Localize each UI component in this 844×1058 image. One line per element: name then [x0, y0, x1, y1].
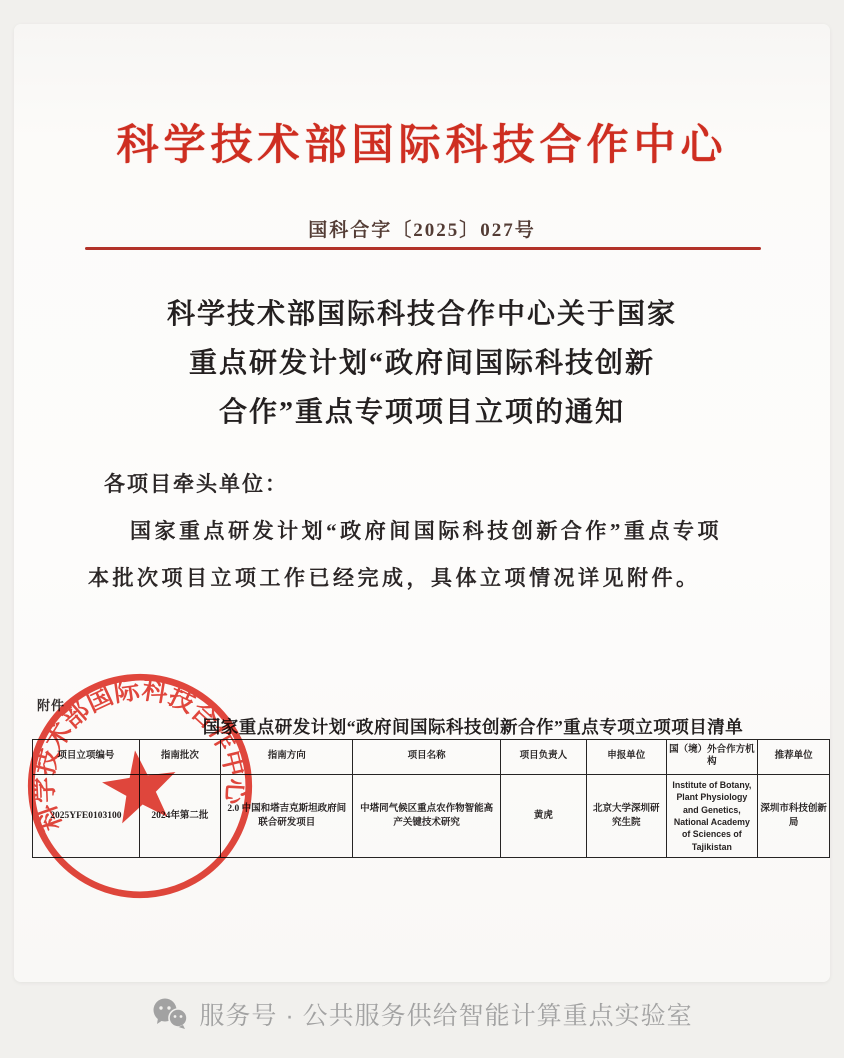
letterhead-title: 科学技术部国际科技合作中心 [0, 112, 844, 172]
attachment-table-title: 国家重点研发计划“政府间国际科技创新合作”重点专项立项项目清单 [112, 714, 834, 739]
cell-foreign-partner: Institute of Botany, Plant Physiology an… [666, 775, 758, 858]
body-paragraph: 国家重点研发计划“政府间国际科技创新合作”重点专项本批次项目立项工作已经完成，具… [88, 508, 722, 602]
header-project-leader: 项目负责人 [500, 740, 586, 775]
notice-title-line3: 合作”重点专项项目立项的通知 [0, 388, 844, 437]
notice-title-line1: 科学技术部国际科技合作中心关于国家 [0, 290, 844, 339]
attachment-label: 附件 [37, 695, 65, 714]
document-photo: 科学技术部国际科技合作中心 国科合字〔2025〕027号 科学技术部国际科技合作… [0, 0, 844, 1058]
notice-title: 科学技术部国际科技合作中心关于国家 重点研发计划“政府间国际科技创新 合作”重点… [0, 290, 844, 437]
salutation: 各项目牵头单位： [104, 468, 288, 498]
cell-guide-direction: 2.0 中国和塔吉克斯坦政府间联合研发项目 [221, 775, 353, 858]
wechat-icon [151, 998, 189, 1030]
header-foreign-partner: 国（境）外合作方机构 [666, 740, 758, 775]
header-project-name: 项目名称 [353, 740, 500, 775]
footer-label: 服务号 · 公共服务供给智能计算重点实验室 [199, 996, 692, 1032]
header-project-number: 项目立项编号 [33, 740, 140, 775]
project-list-table: 项目立项编号 指南批次 指南方向 项目名称 项目负责人 申报单位 国（境）外合作… [32, 739, 830, 858]
header-applicant-unit: 申报单位 [586, 740, 666, 775]
cell-applicant-unit: 北京大学深圳研究生院 [586, 775, 666, 858]
header-recommending-unit: 推荐单位 [758, 740, 830, 775]
cell-project-leader: 黄虎 [500, 775, 586, 858]
table-row: 2025YFE0103100 2024年第二批 2.0 中国和塔吉克斯坦政府间联… [33, 775, 830, 858]
notice-title-line2: 重点研发计划“政府间国际科技创新 [0, 339, 844, 388]
document-number: 国科合字〔2025〕027号 [0, 215, 844, 242]
header-guide-direction: 指南方向 [221, 740, 353, 775]
footer-watermark: 服务号 · 公共服务供给智能计算重点实验室 [0, 996, 844, 1032]
cell-guide-batch: 2024年第二批 [139, 775, 220, 858]
header-guide-batch: 指南批次 [139, 740, 220, 775]
cell-project-number: 2025YFE0103100 [33, 775, 140, 858]
cell-project-name: 中塔同气候区重点农作物智能高产关键技术研究 [353, 775, 500, 858]
red-divider-line [85, 247, 761, 250]
cell-recommending-unit: 深圳市科技创新局 [758, 775, 830, 858]
table-header-row: 项目立项编号 指南批次 指南方向 项目名称 项目负责人 申报单位 国（境）外合作… [33, 740, 830, 775]
